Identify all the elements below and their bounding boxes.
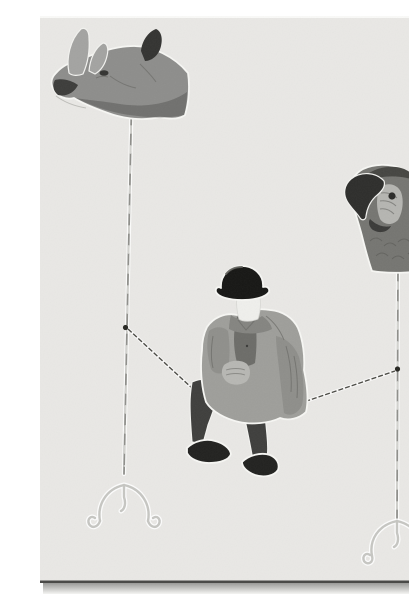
artwork-collage — [40, 16, 409, 594]
drop-shadow-bottom — [43, 583, 409, 594]
photo-border-bottom — [40, 581, 409, 584]
grain-overlay — [40, 16, 409, 581]
